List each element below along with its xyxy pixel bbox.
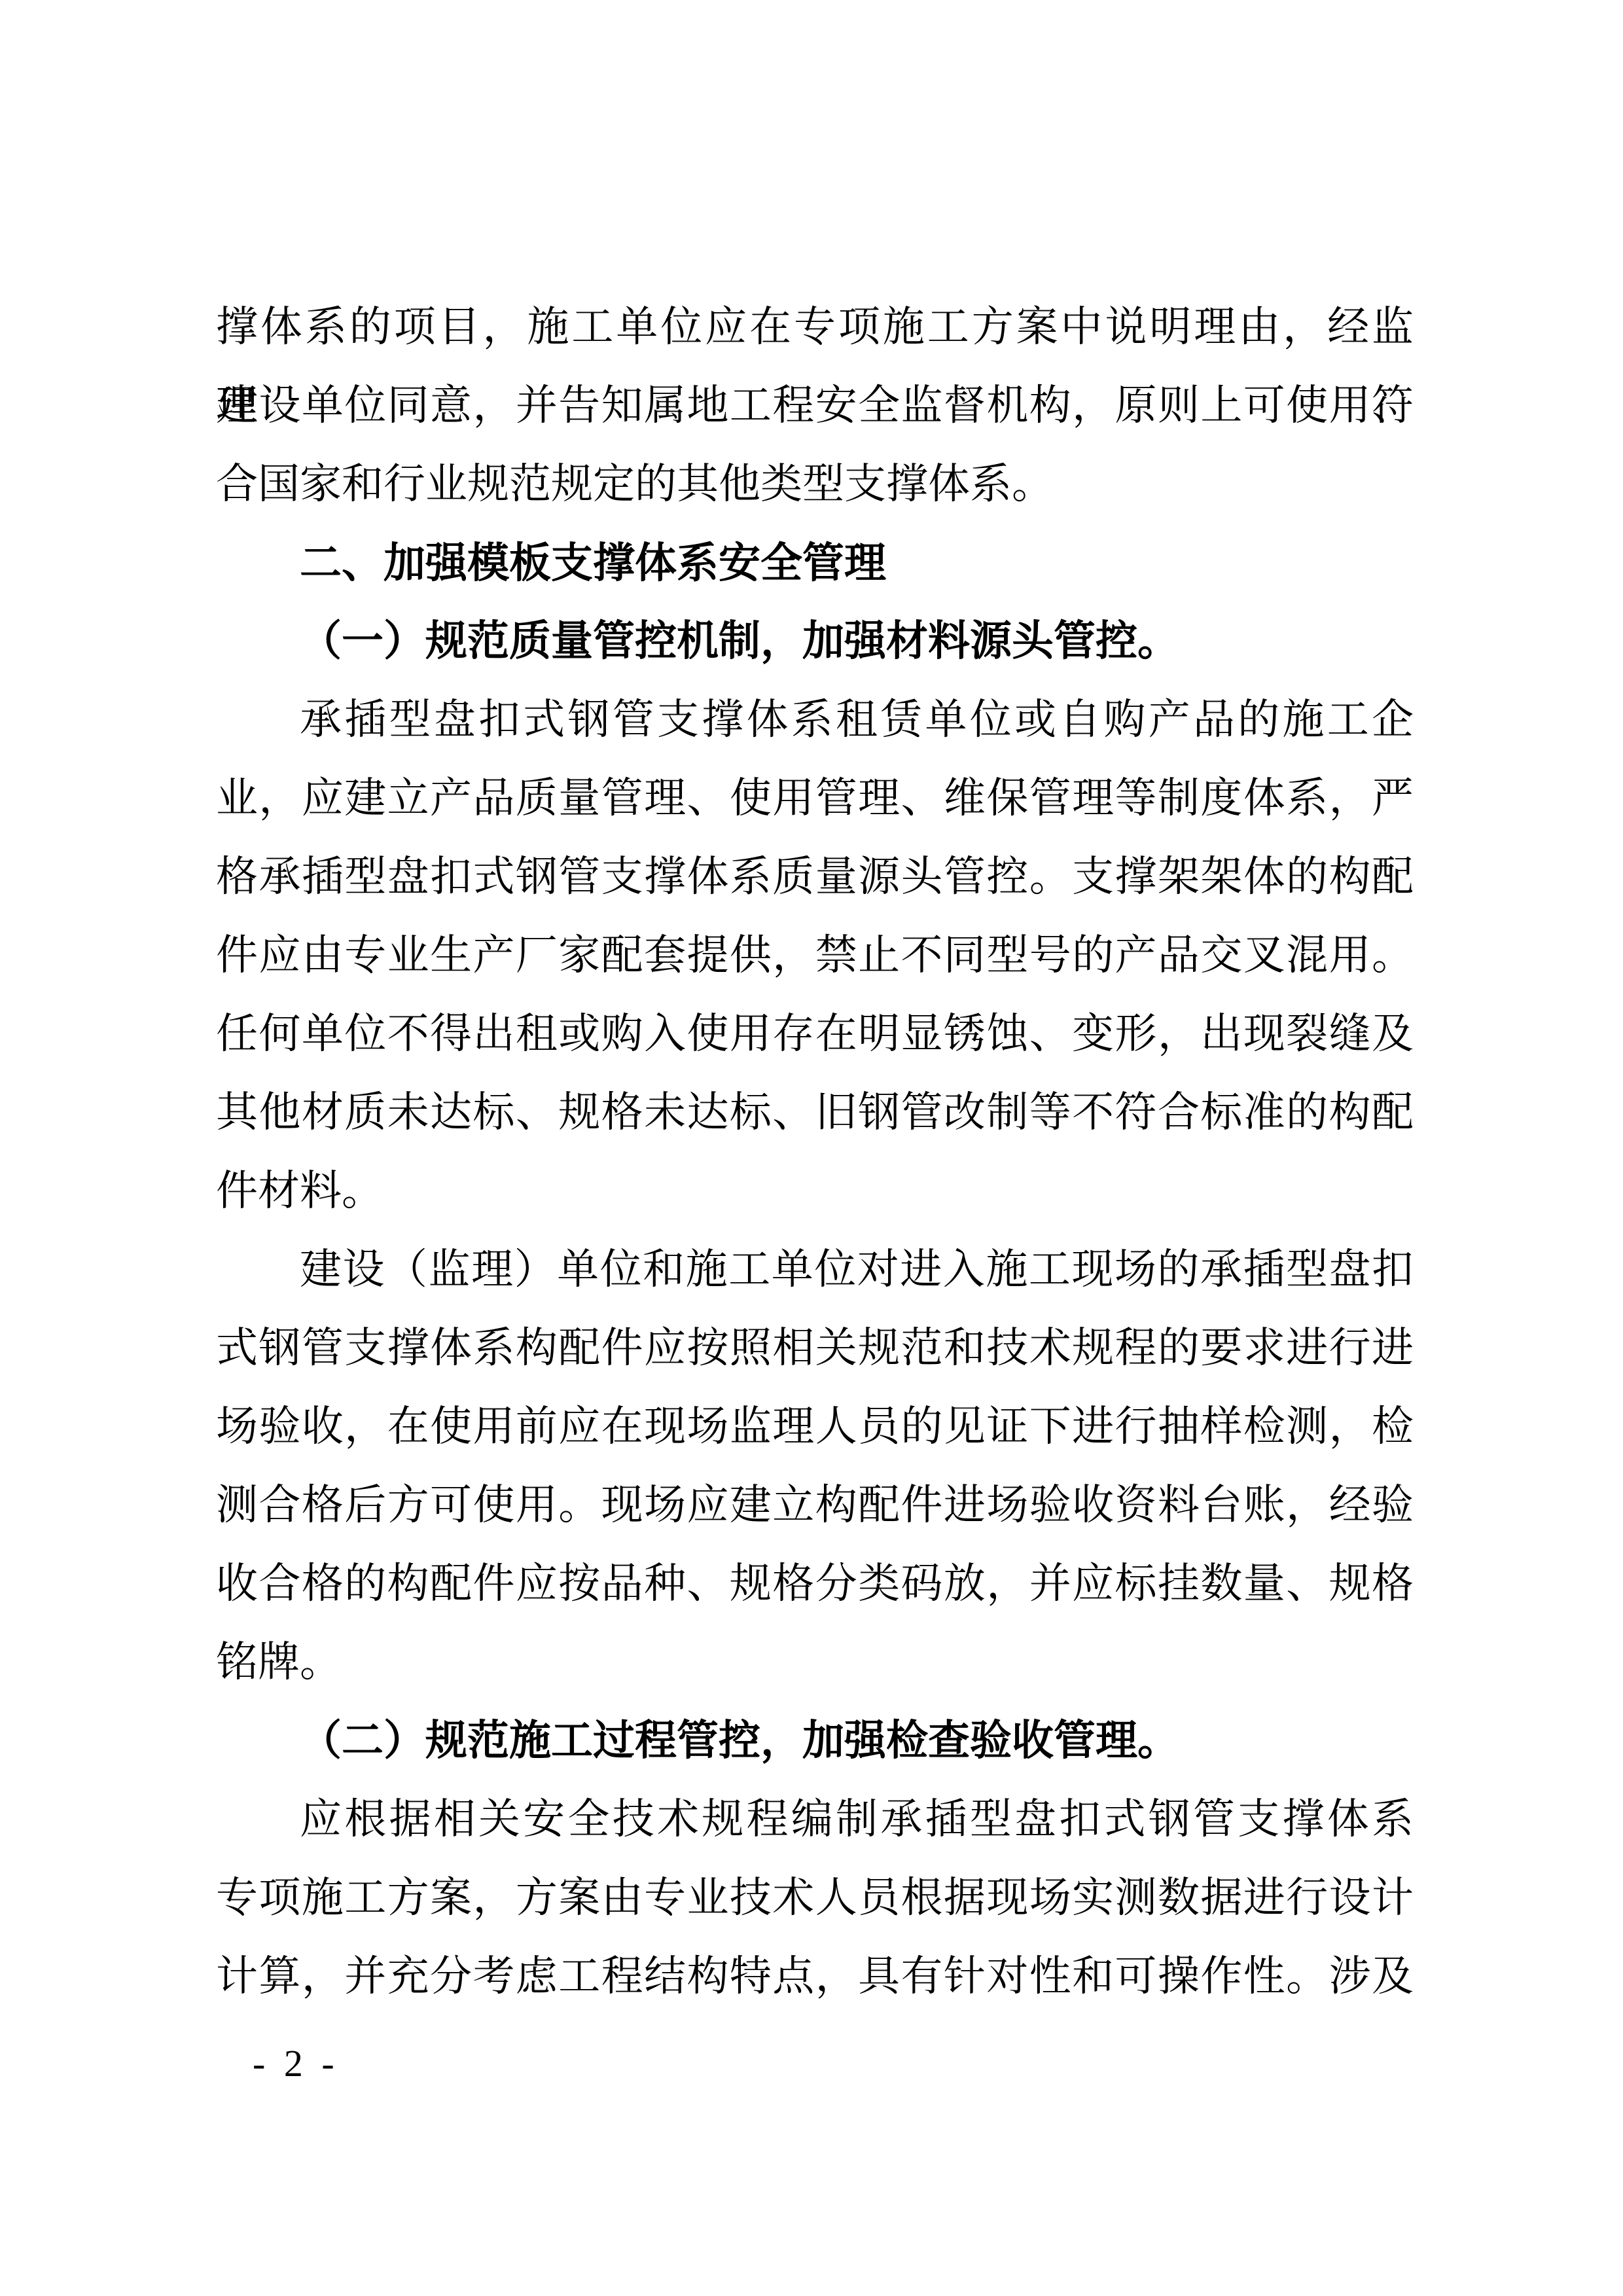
body-text-line: 铭牌。 [216,1623,1414,1702]
document-page: 撑体系的项目，施工单位应在专项施工方案中说明理由，经监理、建设单位同意，并告知属… [0,0,1623,2296]
body-text-line: 承插型盘扣式钢管支撑体系租赁单位或自购产品的施工企 [216,681,1414,759]
body-text-line: 其他材质未达标、规格未达标、旧钢管改制等不符合标准的构配 [216,1073,1414,1152]
body-text-line: 场验收，在使用前应在现场监理人员的见证下进行抽样检测，检 [216,1388,1414,1466]
body-text-line: 建设（监理）单位和施工单位对进入施工现场的承插型盘扣 [216,1230,1414,1309]
body-text-line: 件应由专业生产厂家配套提供，禁止不同型号的产品交叉混用。 [216,916,1414,995]
body-text-line: 任何单位不得出租或购入使用存在明显锈蚀、变形，出现裂缝及 [216,995,1414,1073]
section-heading: 二、加强模板支撑体系安全管理 [216,524,1414,602]
body-text-line: 专项施工方案，方案由专业技术人员根据现场实测数据进行设计 [216,1859,1414,1937]
body-text-line: 建设单位同意，并告知属地工程安全监督机构，原则上可使用符 [216,367,1414,445]
subsection-heading: （一）规范质量管控机制，加强材料源头管控。 [216,602,1414,681]
text-block: 撑体系的项目，施工单位应在专项施工方案中说明理由，经监理、建设单位同意，并告知属… [216,288,1414,2016]
body-text-line: 应根据相关安全技术规程编制承插型盘扣式钢管支撑体系 [216,1780,1414,1859]
subsection-heading: （二）规范施工过程管控，加强检查验收管理。 [216,1702,1414,1780]
body-text-line: 业，应建立产品质量管理、使用管理、维保管理等制度体系，严 [216,759,1414,838]
body-text-line: 撑体系的项目，施工单位应在专项施工方案中说明理由，经监理、 [216,288,1414,367]
body-text-line: 合国家和行业规范规定的其他类型支撑体系。 [216,445,1414,524]
page-number: - 2 - [253,2041,334,2087]
body-text-line: 件材料。 [216,1152,1414,1230]
body-text-line: 收合格的构配件应按品种、规格分类码放，并应标挂数量、规格 [216,1545,1414,1623]
body-text-line: 测合格后方可使用。现场应建立构配件进场验收资料台账，经验 [216,1466,1414,1545]
body-text-line: 式钢管支撑体系构配件应按照相关规范和技术规程的要求进行进 [216,1309,1414,1388]
body-text-line: 格承插型盘扣式钢管支撑体系质量源头管控。支撑架架体的构配 [216,838,1414,916]
body-text-line: 计算，并充分考虑工程结构特点，具有针对性和可操作性。涉及 [216,1937,1414,2016]
